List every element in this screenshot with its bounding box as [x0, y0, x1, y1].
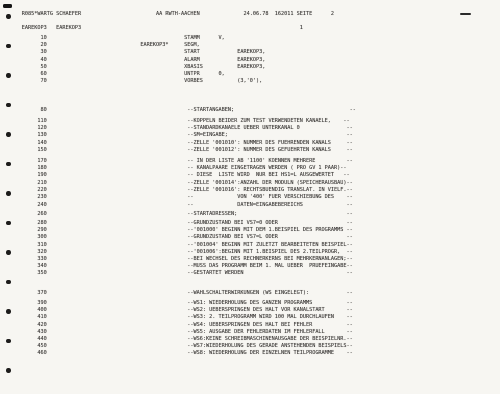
listing-line: 260 --STARTADRESSEN; --: [3, 211, 497, 218]
listing-line: 240 -- DATEN=EINGABEBEREICHS --: [3, 202, 497, 209]
listing-line: 350 --GESTARTET WERDEN --: [3, 270, 497, 277]
listing-block: 170 -- IN DER LISTE AB '1100' KOENNEN ME…: [3, 158, 497, 180]
listing-line: 410 --WS3: 2. TEILPROGRAMM WIRD 100 MAL …: [3, 314, 497, 321]
listing-line: 430 --WS5: AUSGABE DER FEHLERDATEN IM FE…: [3, 329, 497, 336]
listing-line: R085*WARTG SCHAEFER AA RWTH-AACHEN 24.06…: [3, 11, 497, 18]
listing-line: 150 --ZELLE '001012': NUMMER DES GEFUEHR…: [3, 147, 497, 154]
listing-block: 280 --GRUNDZUSTAND BEI VS7=0 ODER -- 290…: [3, 220, 497, 278]
listing-line: 310 --'001004' BEGINN MIT ZULETZT BEARBE…: [3, 242, 497, 249]
listing-line: 320 --'001006':BEGINN MIT 1.BEISPIEL DES…: [3, 249, 497, 256]
listing-line: 370 --WAHLSCHALTERWIRKUNGEN (WS EINGELEG…: [3, 290, 497, 297]
listing-block: 260 --STARTADRESSEN; --: [3, 211, 497, 218]
listing-line: 420 --WS4: UEBERSPRINGEN DES HALT BEI FE…: [3, 322, 497, 329]
listing-block: 80 --STARTANGABEN; --: [3, 107, 497, 114]
listing-line: 50 XBASIS EAREKOP3,: [3, 64, 497, 71]
listing-block: 110 --KOPPELN BEIDER ZUM TEST VERWENDETE…: [3, 118, 497, 154]
listing-block: 370 --WAHLSCHALTERWIRKUNGEN (WS EINGELEG…: [3, 290, 497, 297]
listing-line: 230 -- VON '400' FUER VERSCHIEBUNG DES -…: [3, 194, 497, 201]
punch-hole-dot: [6, 368, 11, 373]
listing-block: EAREKOP3 EAREKOP3 1: [3, 25, 497, 32]
listing-block: R085*WARTG SCHAEFER AA RWTH-AACHEN 24.06…: [3, 11, 497, 18]
listing-line: 30 START EAREKOP3,: [3, 49, 497, 56]
listing-line: EAREKOP3 EAREKOP3 1: [3, 25, 497, 32]
scan-artifact-mark: [3, 4, 12, 8]
listing-line: 460 --WS8: WIEDERHOLUNG DER EINZELNEN TE…: [3, 350, 497, 357]
scanned-printout-page: R085*WARTG SCHAEFER AA RWTH-AACHEN 24.06…: [0, 0, 500, 394]
listing-line: 300 --GRUNDZUSTAND BEI VS7=L ODER --: [3, 234, 497, 241]
listing-block: 210 --ZELLE '001014':ANZAHL DER MODULN (…: [3, 180, 497, 209]
listing-line: 130 --SM=EINGABE; --: [3, 132, 497, 139]
listing-line: 140 --ZELLE '001010': NUMMER DES FUEHREN…: [3, 140, 497, 147]
listing-line: 40 ALARM EAREKOP3,: [3, 57, 497, 64]
punch-hole-dot: [6, 280, 11, 285]
listing-block: 390 --WS1: WIEDERHOLUNG DES GANZEN PROGR…: [3, 300, 497, 358]
listing-line: 190 -- DIESE LISTE WIRD NUR BEI HS1=L AU…: [3, 172, 497, 179]
listing-line: 70 VORBES (3,'0'),: [3, 78, 497, 85]
listing-line: 80 --STARTANGABEN; --: [3, 107, 497, 114]
listing-block: 10 STAMM V, 20 EAREKOP3* SEGM, 30 START …: [3, 35, 497, 85]
